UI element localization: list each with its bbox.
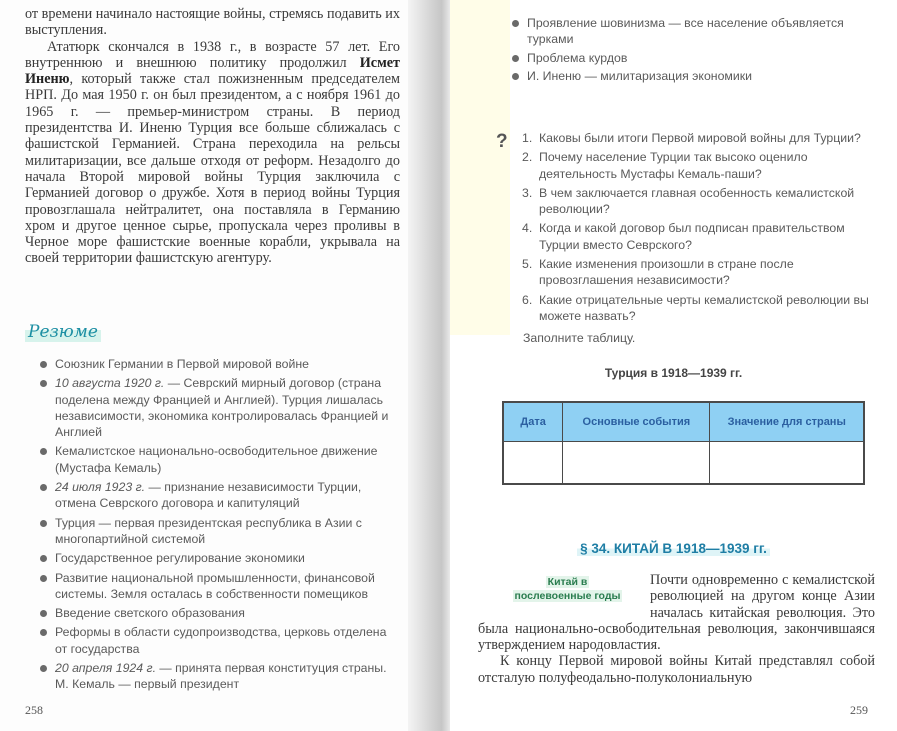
list-item-text: Реформы в области судопроизводства, церк… (55, 625, 386, 655)
table-title: Турция в 1918—1939 гг. (450, 366, 897, 380)
column-header-events: Основные события (563, 402, 710, 442)
section-heading: § 34. КИТАЙ В 1918—1939 гг. (450, 540, 897, 558)
page-number-right: 259 (850, 703, 868, 718)
question-item: 4.Когда и какой договор был подписан пра… (522, 220, 877, 253)
fill-table-instruction: Заполните таблицу. (523, 331, 635, 345)
table-cell (563, 442, 710, 485)
list-item-text: Кемалистское национально-освободительное… (55, 444, 377, 474)
bullet-icon (40, 575, 47, 582)
table-cell (710, 442, 864, 485)
question-item: 3.В чем заключается главная особенность … (522, 185, 877, 218)
list-item-text: Проблема курдов (527, 51, 627, 65)
summary-list: Союзник Германии в Первой мировой войне1… (38, 356, 400, 696)
question-item: 5.Какие изменения произошли в стране пос… (522, 256, 877, 289)
paragraph-text-post: , который также стал пожизненным председ… (25, 71, 400, 266)
list-item-text: Проявление шовинизма — все население объ… (527, 16, 844, 46)
summary-list-continued: Проявление шовинизма — все население объ… (510, 15, 875, 86)
questions-list: 1.Каковы были итоги Первой мировой войны… (522, 130, 877, 327)
question-mark-icon: ? (496, 131, 508, 153)
question-number: 4. (522, 220, 532, 236)
page-number-left: 258 (25, 703, 43, 718)
bullet-icon (40, 361, 47, 368)
left-body-text: от времени начинало настоящие войны, стр… (25, 6, 400, 267)
bullet-icon (40, 484, 47, 491)
question-item: 6.Какие отрицательные черты кемалистской… (522, 292, 877, 325)
column-header-date: Дата (503, 402, 563, 442)
fill-in-table: Дата Основные события Значение для стран… (502, 401, 865, 485)
list-item: И. Иненю — милитаризация экономики (510, 68, 875, 84)
list-item-text: Развитие национальной промышленности, фи… (55, 571, 375, 601)
question-text: Почему население Турции так высоко оцени… (539, 150, 808, 180)
list-item-date: 24 июля 1923 г. (55, 480, 145, 494)
bullet-icon (40, 448, 47, 455)
list-item: Введение светского образования (38, 605, 400, 621)
question-text: Какие изменения произошли в стране после… (539, 257, 794, 287)
list-item: Развитие национальной промышленности, фи… (38, 570, 400, 603)
paragraph-china-2: К концу Первой мировой войны Китай предс… (478, 653, 875, 686)
list-item: Государственное регулирование экономики (38, 550, 400, 566)
question-text: Какие отрицательные черты кемалистской р… (539, 293, 869, 323)
list-item: Кемалистское национально-освободительное… (38, 443, 400, 476)
question-number: 6. (522, 292, 532, 308)
question-text: Когда и какой договор был подписан прави… (539, 221, 845, 251)
table-cell (503, 442, 563, 485)
page-tint (450, 0, 510, 335)
list-item: 20 апреля 1924 г. — принята первая конст… (38, 660, 400, 693)
question-item: 2.Почему население Турции так высоко оце… (522, 149, 877, 182)
list-item-text: И. Иненю — милитаризация экономики (527, 69, 752, 83)
question-number: 3. (522, 185, 532, 201)
list-item-text: Турция — первая президентская республика… (55, 516, 362, 546)
china-body-text: Почти одновременно с кемалистской револю… (478, 572, 875, 686)
paragraph-ataturk: Ататюрк скончался в 1938 г., в возрасте … (25, 39, 400, 267)
list-item-text: Союзник Германии в Первой мировой войне (55, 357, 309, 371)
question-text: В чем заключается главная особенность ке… (539, 186, 854, 216)
left-page: от времени начинало настоящие войны, стр… (0, 0, 410, 731)
question-number: 2. (522, 149, 532, 165)
bullet-icon (40, 629, 47, 636)
list-item: Турция — первая президентская республика… (38, 515, 400, 548)
column-header-significance: Значение для страны (710, 402, 864, 442)
paragraph-text-pre: Ататюрк скончался в 1938 г., в возрасте … (25, 39, 400, 71)
summary-title: Резюме (25, 322, 101, 342)
bullet-icon (40, 610, 47, 617)
bullet-icon (512, 20, 519, 27)
bullet-icon (40, 380, 47, 387)
question-number: 5. (522, 256, 532, 272)
list-item-date: 20 апреля 1924 г. (55, 661, 156, 675)
bullet-icon (40, 555, 47, 562)
table-row (503, 442, 864, 485)
table-header-row: Дата Основные события Значение для стран… (503, 402, 864, 442)
right-page: Проявление шовинизма — все население объ… (450, 0, 897, 731)
list-item: 10 августа 1920 г. — Севрский мирный дог… (38, 375, 400, 440)
list-item: Проблема курдов (510, 50, 875, 66)
book-gutter (408, 0, 450, 731)
list-item-text: Государственное регулирование экономики (55, 551, 305, 565)
question-number: 1. (522, 130, 532, 146)
list-item: Реформы в области судопроизводства, церк… (38, 624, 400, 657)
list-item-date: 10 августа 1920 г. (55, 376, 164, 390)
section-heading-text: § 34. КИТАЙ В 1918—1939 гг. (577, 541, 770, 556)
bullet-icon (40, 520, 47, 527)
list-item-text: Введение светского образования (55, 606, 245, 620)
bullet-icon (512, 73, 519, 80)
list-item: 24 июля 1923 г. — признание независимост… (38, 479, 400, 512)
bullet-icon (40, 665, 47, 672)
bullet-icon (512, 55, 519, 62)
question-item: 1.Каковы были итоги Первой мировой войны… (522, 130, 877, 146)
list-item: Союзник Германии в Первой мировой войне (38, 356, 400, 372)
paragraph-continuation: от времени начинало настоящие войны, стр… (25, 6, 400, 39)
list-item: Проявление шовинизма — все население объ… (510, 15, 875, 48)
question-text: Каковы были итоги Первой мировой войны д… (539, 131, 861, 145)
